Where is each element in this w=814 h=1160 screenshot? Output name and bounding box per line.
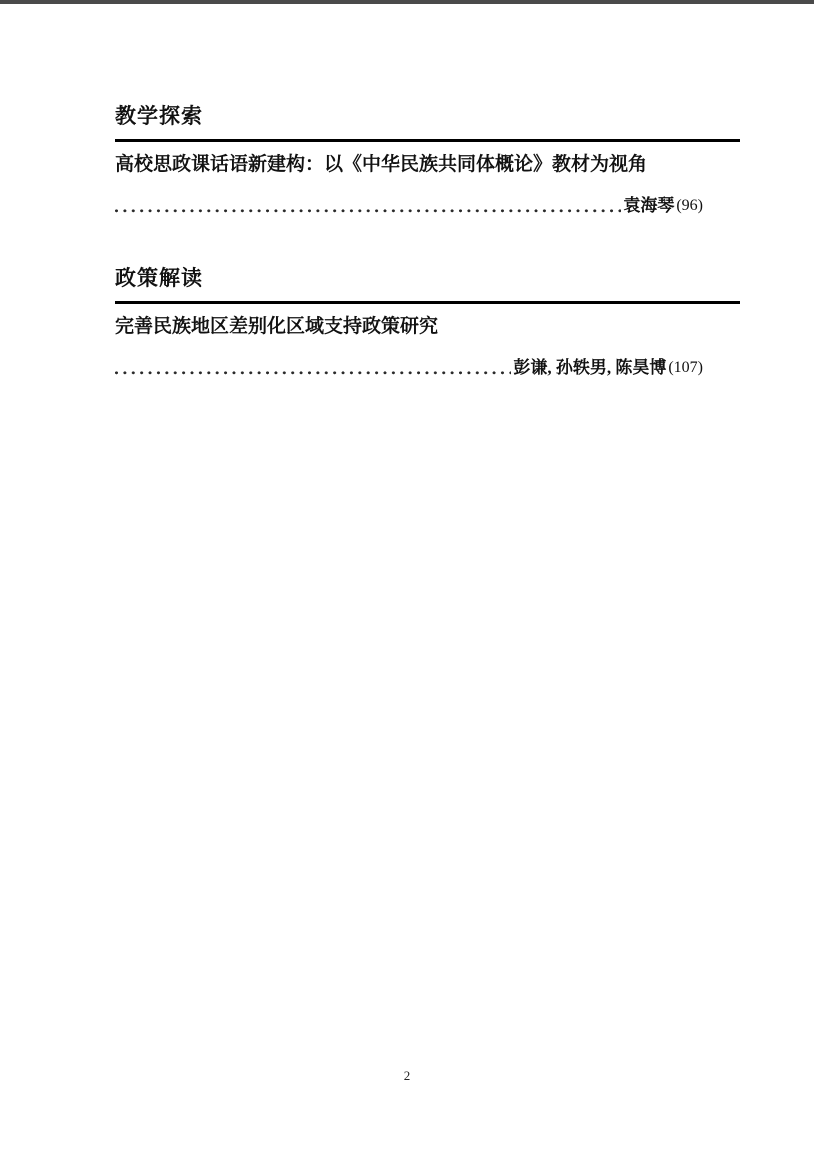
- dot-leader: [115, 209, 621, 213]
- toc-entry-authors: 彭谦, 孙轶男, 陈昊博: [513, 356, 666, 379]
- toc-entry-line: 彭谦, 孙轶男, 陈昊博 (107): [115, 356, 703, 379]
- section-heading: 教学探索: [115, 103, 740, 130]
- toc-entry-title: 完善民族地区差别化区域支持政策研究: [115, 314, 705, 340]
- toc-entry-page-number: (96): [676, 194, 703, 217]
- section-heading-rule: [115, 139, 740, 142]
- dot-leader: [115, 371, 511, 375]
- toc-entry-page-number: (107): [668, 356, 703, 379]
- footer-page-number: 2: [0, 1068, 814, 1084]
- window-top-edge-bar: [0, 0, 814, 4]
- toc-content: 教学探索 高校思政课话语新建构：以《中华民族共同体概论》教材为视角 袁海琴 (9…: [115, 103, 740, 379]
- section-heading: 政策解读: [115, 265, 740, 292]
- section-heading-rule: [115, 301, 740, 304]
- toc-section-policy-interpretation: 政策解读 完善民族地区差别化区域支持政策研究 彭谦, 孙轶男, 陈昊博 (107…: [115, 265, 740, 379]
- toc-entry-authors: 袁海琴: [623, 194, 674, 217]
- toc-section-teaching-exploration: 教学探索 高校思政课话语新建构：以《中华民族共同体概论》教材为视角 袁海琴 (9…: [115, 103, 740, 217]
- document-page: 教学探索 高校思政课话语新建构：以《中华民族共同体概论》教材为视角 袁海琴 (9…: [0, 0, 814, 1160]
- toc-entry-title: 高校思政课话语新建构：以《中华民族共同体概论》教材为视角: [115, 152, 705, 178]
- toc-entry-line: 袁海琴 (96): [115, 194, 703, 217]
